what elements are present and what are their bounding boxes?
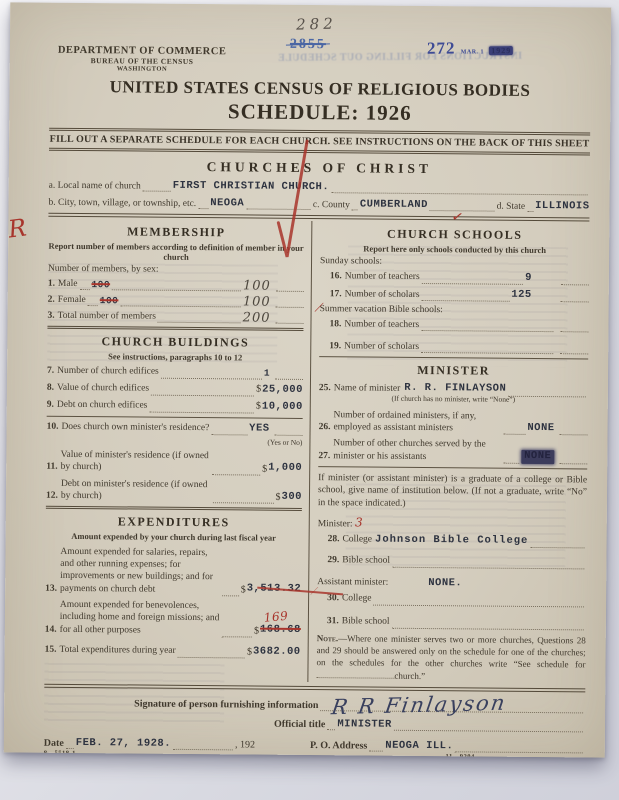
expenditures-subtitle: Amount expended by your church during la… — [46, 531, 302, 543]
item-number: 18. — [329, 319, 341, 331]
line-q16: 16. Number of teachers 9 — [320, 270, 589, 285]
line-q8: 8. Value of church edifices $25,000 — [47, 381, 303, 396]
typed-value: 10,000 — [262, 400, 303, 413]
summer-schools-label: Summer vacation Bible schools: — [320, 305, 589, 317]
stamp-year: 1929 — [489, 46, 513, 55]
line-total-members: 3. Total number of members 200 — [47, 310, 303, 324]
line-q11: 11. Value of minister's residence (if ow… — [46, 449, 302, 476]
minister-heading: MINISTER — [319, 363, 588, 380]
typed-value: R. R. FINLAYSON — [404, 382, 506, 396]
item-number: 16. — [330, 272, 342, 284]
line-male: 1. Male 100 100 — [48, 278, 304, 292]
right-column: CHURCH SCHOOLS Report here only schools … — [307, 221, 589, 684]
dotted-tail — [275, 424, 303, 436]
item-label: Number of church edifices — [57, 366, 159, 379]
expenditures-heading: EXPENDITURES — [46, 514, 302, 531]
item-label: Number of ordained ministers, if any, em… — [333, 409, 501, 435]
dotted-tail — [561, 274, 589, 286]
field-a-label: a. Local name of church — [49, 181, 141, 192]
dotted-leader — [422, 289, 510, 302]
money-value: $300 — [276, 490, 303, 504]
item-number: 10. — [47, 422, 59, 434]
sunday-schools-label: Sunday schools: — [320, 256, 589, 268]
handwritten-value: 100 — [243, 296, 271, 308]
item-number: 1. — [48, 278, 55, 290]
dotted-leader — [373, 594, 584, 608]
typed-value: 25,000 — [262, 383, 303, 396]
item-label: Amount expended for salaries, repairs, a… — [60, 545, 220, 596]
receipt-stamp: 272 MAR. 1 1929 — [426, 38, 513, 59]
rule — [47, 326, 303, 331]
dotted-leader — [331, 181, 588, 195]
line-q12: 12. Debt on minister's residence (if own… — [46, 477, 302, 504]
money-value: $168.68169 — [254, 624, 301, 638]
item-label: Female — [58, 294, 86, 306]
dotted-leader — [222, 584, 239, 596]
graduate-instructions: If minister (or assistant minister) is a… — [318, 472, 587, 511]
item-number: 14. — [45, 623, 57, 635]
signature-row: Signature of person furnishing informati… — [44, 694, 585, 714]
typed-value: 9 — [525, 272, 532, 285]
dotted-leader — [211, 423, 247, 435]
item-number: 15. — [45, 645, 57, 657]
item-label: Name of minister — [334, 383, 401, 395]
field-d-value: ILLINOIS — [535, 200, 590, 212]
printed-year-prefix: , 192 — [235, 739, 255, 750]
dotted-leader — [88, 294, 98, 306]
line-q28: 28. College Johnson Bible College — [318, 533, 587, 548]
line-q31: 31. Bible school — [317, 616, 586, 630]
agency-block: DEPARTMENT OF COMMERCE BUREAU OF THE CEN… — [58, 45, 227, 73]
item-label: Total number of members — [58, 310, 156, 323]
line-assistant: Assistant minister: NONE. — [317, 576, 586, 591]
item-label: College — [342, 594, 372, 606]
item-number: 27. — [318, 450, 330, 462]
field-b-value: NEOGA — [210, 197, 244, 209]
typed-value: 1 — [264, 367, 270, 379]
spacer — [44, 728, 274, 730]
item-label: Debt on church edifices — [57, 400, 148, 413]
field-d-label: d. State — [497, 202, 526, 212]
dotted-leader — [369, 740, 383, 752]
field-city-county-state: b. City, town, village, or township, etc… — [48, 196, 589, 213]
crossed-out-number: 2855 — [290, 37, 326, 53]
official-title-label: Official title — [274, 719, 325, 730]
field-c-value: CUMBERLAND — [360, 198, 428, 211]
penciled-number: 282 — [296, 15, 337, 34]
dotted-leader — [213, 463, 261, 475]
money-value: $1,000 — [262, 462, 302, 476]
item-label: Number of teachers — [345, 272, 420, 285]
dotted-leader — [316, 668, 394, 679]
item-number: 9. — [47, 400, 54, 412]
money-value: $25,000 — [256, 383, 303, 397]
handwritten-value: 200 — [243, 312, 271, 324]
dotted-tail — [561, 291, 589, 303]
dotted-leader — [421, 319, 553, 332]
item-number: 8. — [47, 383, 54, 395]
line-q30: 30. College — [317, 593, 586, 607]
dotted-leader — [392, 556, 584, 570]
dotted-leader — [430, 199, 495, 212]
dollar-sign: $ — [241, 583, 246, 596]
typed-value: 300 — [282, 490, 303, 504]
dotted-leader — [158, 311, 241, 324]
typed-value: 125 — [511, 289, 532, 302]
dollar-sign: $ — [262, 462, 267, 475]
dotted-tail — [560, 343, 588, 355]
dotted-leader — [455, 740, 583, 753]
money-value: $10,000 — [256, 400, 303, 414]
buildings-heading: CHURCH BUILDINGS — [47, 334, 303, 351]
item-number: 25. — [319, 383, 331, 395]
item-label: College — [342, 535, 372, 547]
membership-heading: MEMBERSHIP — [48, 224, 304, 241]
form-number: 8—5518-1 — [44, 750, 76, 757]
struck-typed-value: 100 — [100, 295, 119, 307]
line-q10: 10. Does church own minister's residence… — [47, 421, 303, 436]
dotted-leader — [213, 491, 274, 504]
item-number: 3. — [47, 310, 54, 322]
department-name: DEPARTMENT OF COMMERCE — [58, 45, 227, 57]
dotted-leader — [352, 198, 358, 210]
item-number: 29. — [327, 555, 339, 567]
line-female: 2. Female 100 100 — [48, 294, 304, 308]
red-checkmark-large — [270, 135, 313, 265]
form-schedule: SCHEDULE: 1926 — [49, 98, 590, 128]
struck-typed-value: 100 — [91, 279, 110, 291]
dollar-sign: $ — [276, 491, 281, 504]
dotted-tail — [276, 296, 304, 308]
money-value: $3682.00 — [247, 645, 301, 659]
schools-heading: CHURCH SCHOOLS — [320, 226, 589, 243]
dotted-leader — [79, 278, 89, 290]
membership-intro: Number of members, by sex: — [48, 264, 304, 276]
blotted-typed-value: NONE — [521, 450, 554, 464]
schools-subtitle: Report here only schools conducted by th… — [320, 243, 589, 256]
dotted-leader — [112, 279, 241, 292]
dotted-tail — [275, 367, 303, 379]
red-correction: 169 — [263, 609, 289, 627]
item-label: Value of church edifices — [57, 383, 149, 396]
dotted-leader — [391, 617, 583, 631]
item-number: 17. — [330, 289, 342, 301]
item-label: Number of other churches served by the m… — [333, 437, 501, 463]
form-columns: MEMBERSHIP Report number of members acco… — [44, 219, 589, 685]
rule — [46, 506, 302, 511]
signature-label: Signature of person furnishing informati… — [134, 698, 318, 711]
typed-value: NONE — [527, 422, 554, 436]
signature-line: R R Finlayson — [320, 696, 583, 713]
form-content: DEPARTMENT OF COMMERCE BUREAU OF THE CEN… — [4, 2, 612, 757]
office-name: WASHINGTON — [58, 65, 227, 73]
membership-subtitle: Report number of members according to de… — [48, 241, 304, 264]
po-address-label: P. O. Address — [310, 740, 367, 751]
left-column: MEMBERSHIP Report number of members acco… — [44, 219, 311, 682]
official-title-value: MINISTER — [337, 718, 392, 730]
item-label: Value of minister's residence (if owned … — [61, 449, 211, 475]
denomination-heading: CHURCHES OF CHRIST — [49, 158, 590, 179]
dotted-tail — [560, 321, 588, 333]
line-q25: 25. Name of minister R. R. FINLAYSON — [319, 382, 588, 397]
dotted-tail — [560, 423, 588, 435]
minister-sublabel: Minister: 3 — [318, 515, 587, 531]
dotted-leader — [503, 423, 525, 435]
stamp-date: MAR. 1 — [460, 49, 483, 55]
dollar-sign: $ — [254, 624, 259, 637]
typed-value: 3,513.32 — [247, 583, 302, 597]
item-label: Debt on minister's residence (if owned b… — [61, 477, 211, 503]
shared-minister-note: Note.—Where one minister serves two or m… — [316, 633, 585, 684]
print-code: 11—9204 — [446, 753, 475, 757]
line-q18: 18. Number of teachers — [319, 319, 588, 333]
item-number: 19. — [329, 341, 341, 353]
dotted-leader — [161, 366, 262, 379]
dotted-leader — [327, 718, 335, 730]
item-label: Number of scholars — [345, 289, 420, 302]
item-number: 26. — [319, 421, 331, 433]
line-q9: 9. Debt on church edifices $10,000 — [47, 398, 303, 413]
rule — [47, 416, 303, 419]
form-sheet: DEPARTMENT OF COMMERCE BUREAU OF THE CEN… — [4, 2, 612, 757]
money-value: $3,513.32 — [241, 583, 302, 597]
item-label: Bible school — [342, 617, 390, 629]
item-number: 7. — [47, 365, 54, 377]
dotted-tail — [559, 452, 587, 464]
dotted-leader — [421, 341, 553, 354]
official-title-row: Official title MINISTER — [44, 716, 585, 733]
dotted-leader — [503, 452, 519, 464]
dotted-leader — [66, 737, 74, 749]
typed-value: YES — [249, 422, 270, 435]
dotted-leader — [422, 272, 523, 285]
dotted-leader — [530, 536, 584, 548]
typed-value: 1,000 — [268, 462, 302, 476]
item-label: Does church own minister's residence? — [61, 422, 209, 435]
note-suffix: church.” — [394, 671, 425, 681]
field-local-name: a. Local name of church FIRST CHRISTIAN … — [49, 179, 590, 196]
dollar-sign: $ — [256, 401, 261, 414]
dotted-leader — [508, 384, 586, 397]
line-q19: 19. Number of scholars — [319, 341, 588, 355]
line-q27: 27. Number of other churches served by t… — [318, 437, 587, 464]
date-value: FEB. 27, 1928. — [76, 737, 171, 750]
handwritten-value: 100 — [243, 280, 271, 292]
line-q15: 15. Total expenditures during year $3682… — [45, 644, 301, 659]
item-label: Male — [58, 278, 78, 290]
dotted-leader — [173, 738, 233, 751]
top-annotations: DEPARTMENT OF COMMERCE BUREAU OF THE CEN… — [50, 7, 592, 82]
yes-no-hint: (Yes or No) — [46, 436, 302, 447]
rule — [318, 466, 587, 469]
minister-word: Minister: — [318, 519, 353, 529]
typed-value: NONE. — [428, 577, 462, 590]
line-q26: 26. Number of ordained ministers, if any… — [319, 409, 588, 436]
typed-value: Johnson Bible College — [375, 534, 528, 548]
item-number: 31. — [327, 617, 339, 629]
po-address-value: NEOGA ILL. — [385, 740, 453, 753]
dotted-leader — [527, 200, 533, 212]
photo-of-census-form: DEPARTMENT OF COMMERCE BUREAU OF THE CEN… — [0, 0, 619, 800]
item-number: 30. — [327, 594, 339, 606]
dotted-tail — [275, 312, 303, 324]
note-word: Note. — [317, 633, 339, 643]
dotted-leader — [178, 646, 245, 659]
handwritten-signature: R R Finlayson — [331, 695, 508, 716]
buildings-subtitle: See instructions, paragraphs 10 to 12 — [47, 351, 303, 363]
date-label: Date — [44, 738, 64, 749]
item-label: Bible school — [342, 556, 390, 568]
line-q13: 13. Amount expended for salaries, repair… — [45, 545, 301, 597]
note-body: —Where one minister serves two or more c… — [316, 633, 585, 669]
red-handwritten-mark: 3 — [355, 515, 363, 529]
dotted-leader — [198, 197, 208, 209]
line-q14: 14. Amount expended for benevolences, in… — [45, 599, 301, 638]
item-number: 11. — [46, 461, 57, 473]
item-label: Amount expended for benevolences, includ… — [60, 599, 220, 637]
dotted-leader — [120, 295, 241, 308]
line-q17: 17. Number of scholars 125 — [320, 287, 589, 302]
rule — [319, 357, 588, 360]
assistant-label: Assistant minister: — [317, 577, 388, 589]
dotted-tail — [276, 280, 304, 292]
struck-typed-value: 168.68169 — [260, 624, 301, 638]
item-number: 28. — [328, 534, 340, 546]
field-c-label: c. County — [313, 200, 350, 210]
field-b-label: b. City, town, village, or township, etc… — [48, 198, 196, 209]
item-label: Total expenditures during year — [59, 645, 175, 658]
stamp-number: 272 — [426, 39, 455, 58]
typed-value: 3682.00 — [253, 645, 301, 659]
item-label: Number of teachers — [344, 319, 419, 332]
dotted-leader — [222, 625, 252, 637]
line-q29: 29. Bible school — [317, 555, 586, 569]
dotted-leader — [394, 719, 583, 733]
item-number: 12. — [46, 490, 58, 502]
item-label: Number of scholars — [344, 341, 419, 354]
item-number: 13. — [45, 582, 57, 594]
dotted-leader — [143, 180, 171, 192]
dollar-sign: $ — [247, 646, 252, 659]
line-q7: 7. Number of church edifices 1 — [47, 365, 303, 379]
item-number: 2. — [48, 294, 55, 306]
dollar-sign: $ — [256, 384, 261, 397]
dotted-leader — [149, 400, 254, 413]
dotted-leader — [151, 383, 254, 396]
